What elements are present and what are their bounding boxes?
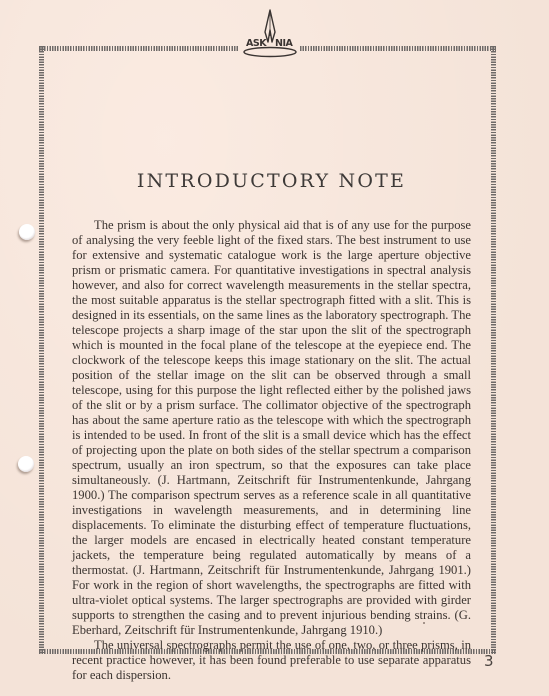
punch-hole-bottom (18, 456, 34, 472)
ink-speck (423, 622, 425, 624)
page-title-text: INTRODUCTORY NOTE (137, 170, 406, 192)
page-number: 3 (484, 652, 494, 670)
border-left (39, 46, 44, 654)
body-text: The prism is about the only physical aid… (72, 218, 471, 683)
document-page: ASK NIA INTRODUCTORY NOTE The prism is a… (0, 0, 549, 696)
askania-crown-logo-icon: ASK NIA (238, 6, 302, 62)
border-right (491, 46, 496, 654)
border-top-left (39, 46, 238, 51)
punch-hole-top (19, 224, 35, 240)
paragraph-2: The universal spectrographs permit the u… (72, 638, 471, 683)
page-title: INTRODUCTORY NOTE (0, 170, 549, 192)
paragraph-1: The prism is about the only physical aid… (72, 218, 471, 638)
border-top-right (300, 46, 496, 51)
